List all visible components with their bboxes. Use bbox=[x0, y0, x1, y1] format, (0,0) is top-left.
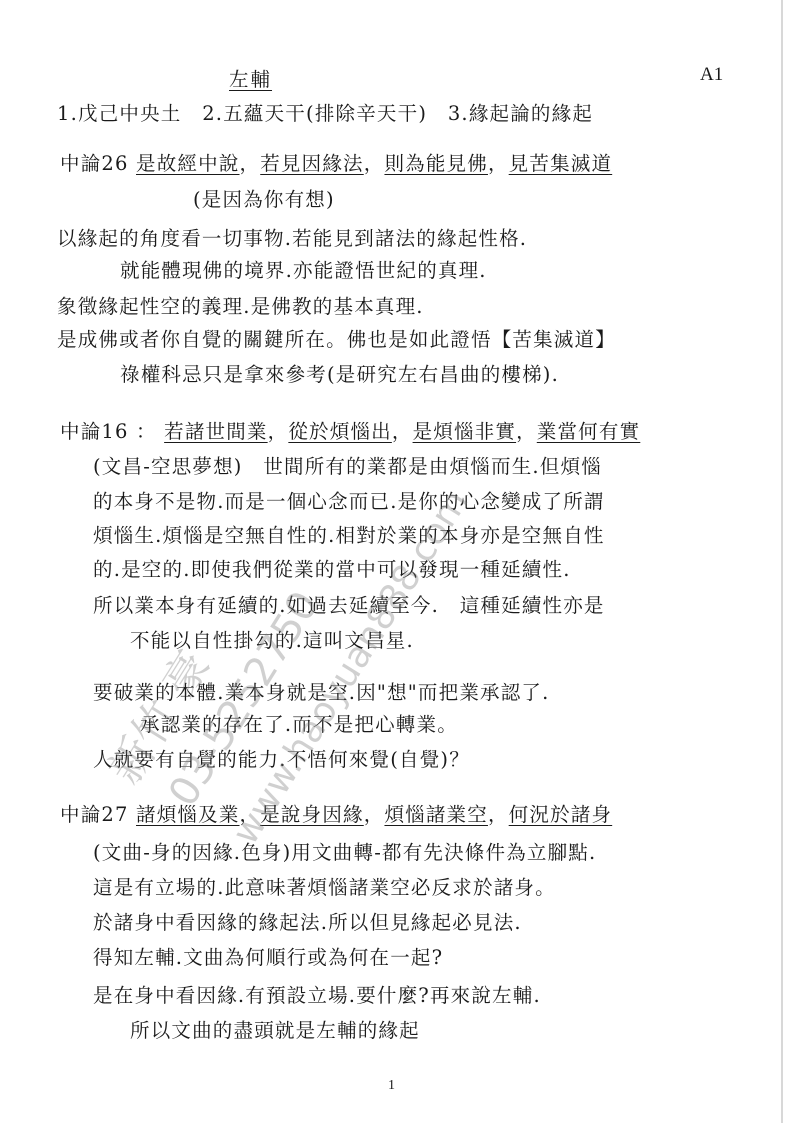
body-line: 所以文曲的盡頭就是左輔的緣起 bbox=[130, 1018, 420, 1044]
body-line: 是在身中看因緣.有預設立場.要什麼?再來說左輔. bbox=[93, 983, 541, 1009]
body-line: 得知左輔.文曲為何順行或為何在一起? bbox=[93, 945, 443, 971]
verse-label: 中論27 bbox=[60, 803, 136, 826]
body-line: 人就要有自覺的能力.不悟何來覺(自覺)？ bbox=[93, 747, 470, 773]
verse-label: 中論16 ： bbox=[60, 420, 157, 443]
body-line: 是成佛或者你自覺的關鍵所在。佛也是如此證悟【苦集滅道】 bbox=[57, 327, 616, 353]
body-line: 所以業本身有延續的.如過去延續至今. 這種延續性亦是 bbox=[93, 593, 605, 619]
body-line: 就能體現佛的境界.亦能證悟世紀的真理. bbox=[120, 258, 487, 284]
separator: ， bbox=[488, 803, 509, 826]
separator: ， bbox=[364, 152, 385, 175]
separator: ， bbox=[240, 152, 261, 175]
page-number: 1 bbox=[388, 1078, 395, 1094]
verse-heading-16: 中論16 ： 若諸世間業，從於煩惱出，是煩惱非實，業當何有實 bbox=[60, 419, 640, 445]
document-page: 左輔 A1 1.戊己中央土 2.五蘊天干(排除辛天干) 3.緣起論的緣起 中論2… bbox=[0, 0, 785, 1123]
topics-line: 1.戊己中央土 2.五蘊天干(排除辛天干) 3.緣起論的緣起 bbox=[57, 101, 593, 127]
separator: ， bbox=[240, 803, 261, 826]
body-line: 不能以自性掛勾的.這叫文昌星. bbox=[130, 628, 414, 654]
page-code: A1 bbox=[700, 64, 723, 86]
body-line: 於諸身中看因緣的緣起法.所以但見緣起必見法. bbox=[93, 910, 522, 936]
verse-note: (是因為你有想) bbox=[193, 187, 335, 213]
verse-phrase: 煩惱諸業空 bbox=[384, 803, 488, 826]
verse-phrase: 則為能見佛 bbox=[384, 152, 488, 175]
scan-edge bbox=[781, 0, 783, 1123]
body-line: 祿權科忌只是拿來參考(是研究左右昌曲的樓梯). bbox=[120, 362, 559, 388]
body-line: 承認業的存在了.而不是把心轉業。 bbox=[140, 712, 458, 738]
verse-heading-26: 中論26 是故經中說，若見因緣法，則為能見佛，見苦集滅道 bbox=[60, 151, 612, 177]
separator: ， bbox=[516, 420, 537, 443]
body-line: 煩惱生.煩惱是空無自性的.相對於業的本身亦是空無自性 bbox=[93, 523, 605, 549]
verse-phrase: 是說身因緣 bbox=[260, 803, 364, 826]
verse-phrase: 若諸世間業 bbox=[164, 420, 268, 443]
body-line: 以緣起的角度看一切事物.若能見到諸法的緣起性格. bbox=[57, 226, 527, 252]
body-line: 要破業的本體.業本身就是空.因"想"而把業承認了. bbox=[93, 680, 550, 706]
body-line: 這是有立場的.此意味著煩惱諸業空必反求於諸身。 bbox=[93, 875, 556, 901]
separator: ， bbox=[488, 152, 509, 175]
body-line: 的.是空的.即使我們從業的當中可以發現一種延續性. bbox=[93, 557, 571, 583]
verse-phrase: 從於煩惱出 bbox=[288, 420, 392, 443]
verse-heading-27: 中論27 諸煩惱及業，是說身因緣，煩惱諸業空，何況於諸身 bbox=[60, 802, 612, 828]
separator: ， bbox=[392, 420, 413, 443]
body-line: 的本身不是物.而是一個心念而已.是你的心念變成了所謂 bbox=[93, 489, 605, 515]
verse-phrase: 是煩惱非實 bbox=[413, 420, 517, 443]
separator: ， bbox=[268, 420, 289, 443]
body-line: (文曲-身的因緣.色身)用文曲轉-都有先決條件為立腳點. bbox=[93, 840, 596, 866]
verse-phrase: 何況於諸身 bbox=[509, 803, 613, 826]
verse-phrase: 諸煩惱及業 bbox=[136, 803, 240, 826]
verse-label: 中論26 bbox=[60, 152, 136, 175]
body-line: (文昌-空思夢想) 世間所有的業都是由煩惱而生.但煩惱 bbox=[93, 454, 602, 480]
page-title: 左輔 bbox=[229, 64, 272, 92]
verse-phrase: 見苦集滅道 bbox=[509, 152, 613, 175]
separator: ， bbox=[364, 803, 385, 826]
verse-phrase: 是故經中說 bbox=[136, 152, 240, 175]
verse-phrase: 若見因緣法 bbox=[260, 152, 364, 175]
body-line: 象徵緣起性空的義理.是佛教的基本真理. bbox=[57, 294, 424, 320]
verse-phrase: 業當何有實 bbox=[537, 420, 641, 443]
